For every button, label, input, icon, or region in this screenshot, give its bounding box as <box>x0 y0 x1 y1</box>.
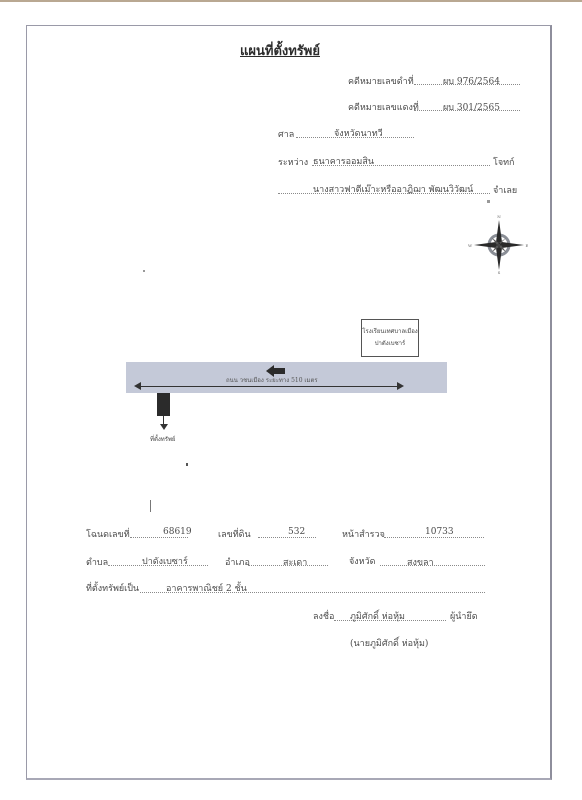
signature-name: ภูมิศักดิ์ ห่อหุ้ม <box>350 609 405 623</box>
road: ถนน วชนเมือง ระยะทาง 510 เมตร <box>126 362 447 393</box>
defendant-name: นางสาวฟาตีเม๊าะหรืออาฏิฌา พัฒนวิวัฒน์ <box>313 182 473 196</box>
property-marker-label: ที่ตั้งทรัพย์ <box>150 434 175 444</box>
land-no-value: 532 <box>288 527 305 537</box>
plaintiff-name: ธนาคารออมสิน <box>313 154 374 168</box>
province-label: จังหวัด <box>349 554 376 568</box>
deed-value: 68619 <box>163 527 192 537</box>
district-label: อำเภอ <box>225 555 250 569</box>
landmark-school-box: โรงเรียนเทศบาลเมือง ปาดังเบซาร์ <box>361 319 419 357</box>
landmark-line2: ปาดังเบซาร์ <box>362 337 418 351</box>
scan-speck <box>487 200 490 203</box>
district-value: สะเดา <box>283 555 307 569</box>
distance-arrow-left-icon <box>134 382 141 390</box>
signature-printed-name: (นายภูมิศักดิ์ ห่อหุ้ม) <box>350 636 428 650</box>
subdistrict-label: ตำบล <box>86 555 108 569</box>
dotted-line <box>384 537 484 538</box>
survey-page-value: 10733 <box>425 527 454 537</box>
between-label: ระหว่าง <box>278 155 308 169</box>
property-type-label: ที่ตั้งทรัพย์เป็น <box>86 581 139 595</box>
scan-speck <box>143 270 145 272</box>
scan-edge <box>0 0 582 2</box>
compass-west: W <box>468 243 473 248</box>
landmark-line1: โรงเรียนเทศบาลเมือง <box>362 327 418 337</box>
black-case-value: ผบ 976/2564 <box>443 74 500 88</box>
signature-label: ลงชื่อ <box>313 609 334 623</box>
scan-speck <box>186 463 188 466</box>
property-type-value: อาคารพาณิชย์ 2 ชั้น <box>166 581 247 595</box>
compass-south: S <box>498 270 501 274</box>
distance-arrow-right-icon <box>397 382 404 390</box>
province-value: สงขลา <box>407 555 434 569</box>
signature-role: ผู้นำยึด <box>450 609 478 623</box>
dotted-line <box>258 537 316 538</box>
property-marker <box>157 393 170 416</box>
black-case-label: คดีหมายเลขดำที่ <box>348 74 414 88</box>
distance-line <box>138 386 398 387</box>
survey-page-label: หน้าสำรวจ <box>342 527 385 541</box>
red-case-label: คดีหมายเลขแดงที่ <box>348 100 419 114</box>
subdistrict-value: ปาดังเบซาร์ <box>142 554 188 568</box>
court-value: จังหวัดนาทวี <box>334 126 383 140</box>
road-label: ถนน วชนเมือง ระยะทาง 510 เมตร <box>226 375 318 385</box>
document-title: แผนที่ตั้งทรัพย์ <box>240 40 320 61</box>
scan-speck <box>150 500 151 512</box>
defendant-role: จำเลย <box>493 183 517 197</box>
red-case-value: ผบ 301/2565 <box>443 100 500 114</box>
compass-rose-icon: N S W E <box>468 214 528 274</box>
compass-east: E <box>526 243 528 248</box>
compass-north: N <box>497 214 501 219</box>
court-label: ศาล <box>278 127 294 141</box>
deed-label: โฉนดเลขที่ <box>86 527 130 541</box>
dotted-line <box>130 537 188 538</box>
plaintiff-role: โจทก์ <box>493 155 515 169</box>
land-no-label: เลขที่ดิน <box>218 527 251 541</box>
arrow-down-icon <box>160 424 168 430</box>
